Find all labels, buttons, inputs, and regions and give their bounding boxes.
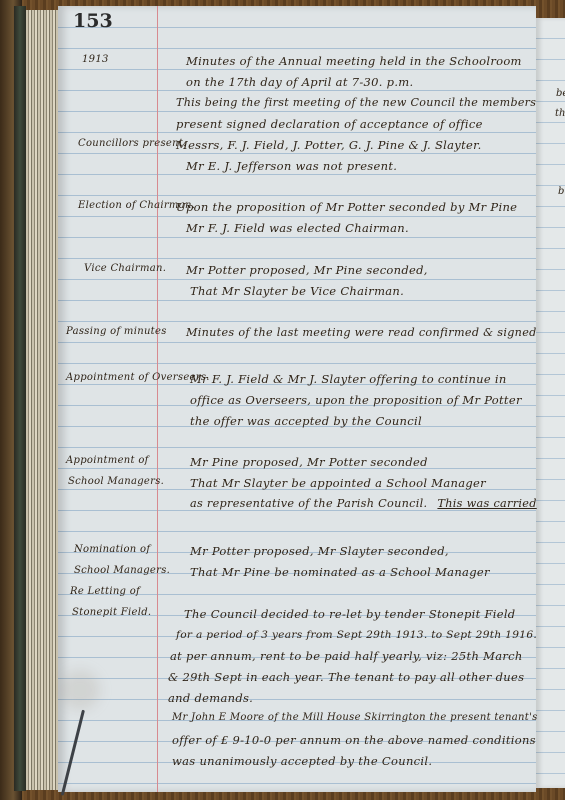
minutes-line: That Mr Slayter be appointed a School Ma… [190,476,486,490]
margin-note-school-mgr-2: School Managers. [68,476,164,487]
minutes-line: Minutes of the last meeting were read co… [186,326,537,339]
margin-note-nomination-2: School Managers. [74,565,170,576]
minutes-line-text: Minutes of the Annual meeting held in th… [186,54,522,68]
margin-note-passing: Passing of minutes [66,326,167,337]
minutes-line: office as Overseers, upon the propositio… [190,393,522,407]
minutes-line: as representative of the Parish Council.… [190,497,537,510]
red-margin-rule [157,6,158,792]
minutes-line-text: Messrs, F. J. Field, J. Potter, G. J. Pi… [176,138,482,152]
minutes-line: The Council decided to re-let by tender … [184,607,515,621]
minutes-line: This being the first meeting of the new … [176,96,536,109]
carried-note: This was carried [437,497,536,510]
minutes-line-text: Minutes of the last meeting were read co… [186,326,537,339]
minutes-line: Mr Potter proposed, Mr Slayter seconded, [190,544,449,558]
minutes-line-text: as representative of the Parish Council. [190,497,427,510]
minutes-line: for a period of 3 years from Sept 29th 1… [176,628,537,641]
margin-note-year: 1913 [82,54,109,65]
minutes-line: That Mr Slayter be Vice Chairman. [190,284,404,298]
minutes-line: offer of £ 9-10-0 per annum on the above… [172,733,536,747]
facing-page [536,18,565,788]
minutes-line: on the 17th day of April at 7-30. p.m. [186,75,413,89]
minutes-line-text: Mr Potter proposed, Mr Slayter seconded, [190,544,449,558]
minutes-line: Messrs, F. J. Field, J. Potter, G. J. Pi… [176,138,482,152]
minutes-line-text: Mr John E Moore of the Mill House Skirri… [172,712,538,723]
minutes-line-text: Mr F. J. Field & Mr J. Slayter offering … [190,372,507,386]
minutes-line-text: & 29th Sept in each year. The tenant to … [168,670,524,684]
minutes-line: That Mr Pine be nominated as a School Ma… [190,565,490,579]
margin-note-letting-1: Re Letting of [70,586,140,597]
margin-note-councillors: Councillors present. [78,138,187,149]
minutes-line-text: This being the first meeting of the new … [176,96,536,109]
minutes-line-text: Mr E. J. Jefferson was not present. [186,159,397,173]
page-stain [60,670,100,710]
minutes-line-text: That Mr Slayter be appointed a School Ma… [190,476,486,490]
minutes-line-text: offer of £ 9-10-0 per annum on the above… [172,733,536,747]
margin-note-overseers: Appointment of Overseers. [66,372,210,383]
minutes-line: Mr Potter proposed, Mr Pine seconded, [186,263,428,277]
minutes-line-text: The Council decided to re-let by tender … [184,607,515,621]
margin-note-letting-2: Stonepit Field. [72,607,151,618]
minutes-line: Minutes of the Annual meeting held in th… [186,54,522,68]
minutes-line-text: on the 17th day of April at 7-30. p.m. [186,75,413,89]
minutes-line-text: Mr Potter proposed, Mr Pine seconded, [186,263,428,277]
page-edges-stack [26,10,62,790]
minutes-line: at per annum, rent to be paid half yearl… [170,649,523,663]
margin-note-nomination-1: Nomination of [74,544,150,555]
minutes-line-text: office as Overseers, upon the propositio… [190,393,522,407]
page-number: 153 [73,10,113,32]
facing-page-fragment: the [555,108,565,119]
minutes-line-text: Upon the proposition of Mr Potter second… [176,200,517,214]
minutes-line-text: the offer was accepted by the Council [190,414,422,428]
minutes-line: Mr F. J. Field was elected Chairman. [186,221,409,235]
minutes-line: & 29th Sept in each year. The tenant to … [168,670,524,684]
minutes-line: was unanimously accepted by the Council. [172,754,432,768]
minutes-line: the offer was accepted by the Council [190,414,422,428]
minutes-line: present signed declaration of acceptance… [176,117,483,131]
minutes-line-text: at per annum, rent to be paid half yearl… [170,649,523,663]
minutes-line-text: for a period of 3 years from Sept 29th 1… [176,628,537,641]
margin-note-school-mgr-1: Appointment of [66,455,149,466]
minutes-line-text: That Mr Slayter be Vice Chairman. [190,284,404,298]
minutes-line-text: present signed declaration of acceptance… [176,117,483,131]
minutes-line: Mr John E Moore of the Mill House Skirri… [172,712,538,723]
minutes-line: and demands. [168,691,253,705]
facing-page-fragment: b [558,186,564,197]
book-cover-edge [14,6,26,791]
minutes-line-text: and demands. [168,691,253,705]
minutes-line-text: Mr Pine proposed, Mr Potter seconded [190,455,428,469]
minutes-line: Upon the proposition of Mr Potter second… [176,200,517,214]
minutes-line: Mr E. J. Jefferson was not present. [186,159,397,173]
facing-page-fragment: be [556,88,565,99]
margin-note-vice: Vice Chairman. [84,263,166,274]
minutes-line-text: Mr F. J. Field was elected Chairman. [186,221,409,235]
minutes-line-text: was unanimously accepted by the Council. [172,754,432,768]
minutes-line-text: That Mr Pine be nominated as a School Ma… [190,565,490,579]
minutes-line: Mr Pine proposed, Mr Potter seconded [190,455,428,469]
minutes-line: Mr F. J. Field & Mr J. Slayter offering … [190,372,507,386]
